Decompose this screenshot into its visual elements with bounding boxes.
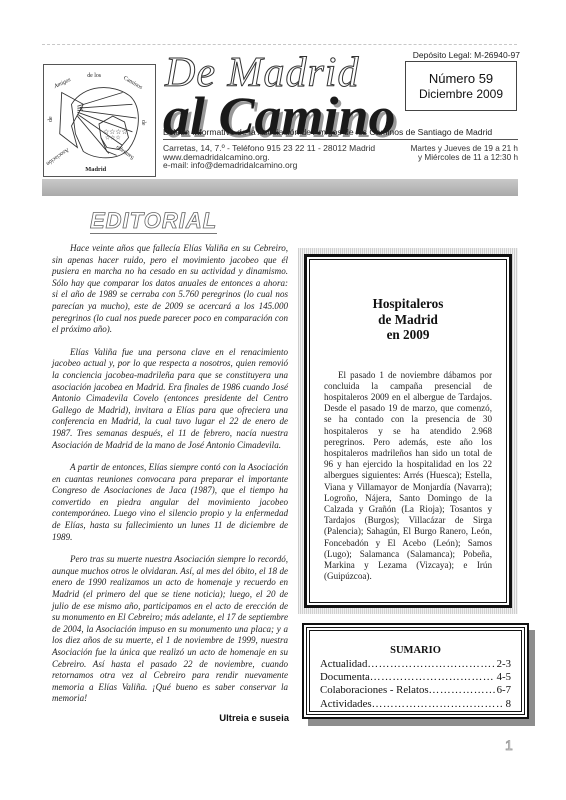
svg-text:de: de	[140, 120, 146, 126]
issue-number: Número 59	[406, 71, 516, 87]
svg-text:Amigos: Amigos	[52, 77, 72, 91]
sumario-frame: SUMARIO Actualidad ………………………………….. 2-3 D…	[306, 627, 525, 715]
editorial-paragraph: A partir de entonces, Elías siempre cont…	[52, 462, 288, 543]
editorial-signature: Ultreia e suseia	[205, 713, 289, 724]
hospitaleros-title-line: en 2009	[324, 327, 492, 343]
issue-date: Diciembre 2009	[406, 87, 516, 102]
sumario-item-documenta[interactable]: Documenta ………………………………… 4-5	[320, 671, 511, 684]
svg-text:Madrid: Madrid	[85, 166, 106, 173]
email-link[interactable]: e-mail: info@demadridalcamino.org	[163, 161, 375, 170]
svg-text:Santiago: Santiago	[115, 144, 135, 161]
sumario-item-actualidad[interactable]: Actualidad ………………………………….. 2-3	[320, 658, 511, 671]
office-hours-line1: Martes y Jueves de 19 a 21 h	[406, 144, 518, 153]
sumario-title: SUMARIO	[320, 645, 511, 657]
svg-text:☆☆☆☆: ☆☆☆☆	[103, 128, 128, 136]
svg-text:X: X	[79, 107, 84, 113]
hospitaleros-content: Hospitaleros de Madrid en 2009 El pasado…	[309, 259, 507, 603]
bulletin-subtitle: Boletín Informativo de la Asociación de …	[163, 127, 518, 140]
sumario-leader-dots: ………………………………	[372, 698, 504, 711]
sumario-leader-dots: …………………………………	[370, 671, 495, 684]
sumario-item-colaboraciones[interactable]: Colaboraciones - Relatos ………………. 6-7	[320, 684, 511, 697]
contact-info: Carretas, 14, 7.º - Teléfono 915 23 22 1…	[163, 144, 375, 170]
sumario-leader-dots: ……………….	[429, 684, 495, 697]
sumario-item-label: Colaboraciones - Relatos	[320, 684, 429, 697]
editorial-paragraph: Pero tras su muerte nuestra Asociación s…	[52, 554, 288, 705]
top-dashed-rule	[42, 44, 517, 45]
sumario-item-pages: 8	[504, 698, 511, 711]
svg-text:Caminos: Caminos	[122, 75, 144, 91]
scallop-shell-icon: X ☆☆☆☆ ☆☆☆ Amigos de los Caminos de Sant…	[44, 65, 155, 176]
hospitaleros-title-line: de Madrid	[324, 312, 492, 328]
svg-text:de: de	[48, 116, 54, 122]
sumario-item-actividades[interactable]: Actividades ……………………………… 8	[320, 698, 511, 711]
page-number: 1	[505, 737, 513, 753]
sumario-content: SUMARIO Actualidad ………………………………….. 2-3 D…	[309, 630, 522, 712]
svg-text:☆☆☆: ☆☆☆	[105, 135, 121, 142]
sumario-item-label: Actualidad	[320, 658, 367, 671]
editorial-paragraph: Elías Valiña fue una persona clave en el…	[52, 347, 288, 451]
office-hours: Martes y Jueves de 19 a 21 h y Miércoles…	[406, 144, 518, 162]
editorial-paragraph: Hace veinte años que fallecía Elías Vali…	[52, 243, 288, 336]
sumario-item-label: Actividades	[320, 698, 372, 711]
editorial-article: Hace veinte años que fallecía Elías Vali…	[52, 243, 288, 716]
sumario-item-pages: 4-5	[495, 671, 511, 684]
hospitaleros-box: Hospitaleros de Madrid en 2009 El pasado…	[298, 248, 518, 614]
deposito-legal: Depósito Legal: M-26940-97	[404, 50, 520, 60]
sumario-leader-dots: …………………………………..	[367, 658, 494, 671]
editorial-heading: EDITORIAL	[90, 210, 217, 234]
svg-text:Asociación: Asociación	[45, 146, 70, 166]
issue-box: Número 59 Diciembre 2009	[405, 61, 517, 111]
sumario-item-pages: 2-3	[495, 658, 511, 671]
office-hours-line2: y Miércoles de 11 a 12:30 h	[406, 153, 518, 162]
hospitaleros-frame: Hospitaleros de Madrid en 2009 El pasado…	[304, 254, 512, 608]
hospitaleros-title-line: Hospitaleros	[324, 296, 492, 312]
hospitaleros-title: Hospitaleros de Madrid en 2009	[324, 296, 492, 343]
svg-text:de los: de los	[87, 73, 102, 79]
sumario-box: SUMARIO Actualidad ………………………………….. 2-3 D…	[302, 623, 529, 719]
sumario-item-pages: 6-7	[495, 684, 511, 697]
hospitaleros-body: El pasado 1 de noviembre dábamos por con…	[324, 370, 492, 583]
header-divider-band	[42, 179, 518, 196]
association-logo: X ☆☆☆☆ ☆☆☆ Amigos de los Caminos de Sant…	[43, 64, 156, 177]
sumario-item-label: Documenta	[320, 671, 370, 684]
